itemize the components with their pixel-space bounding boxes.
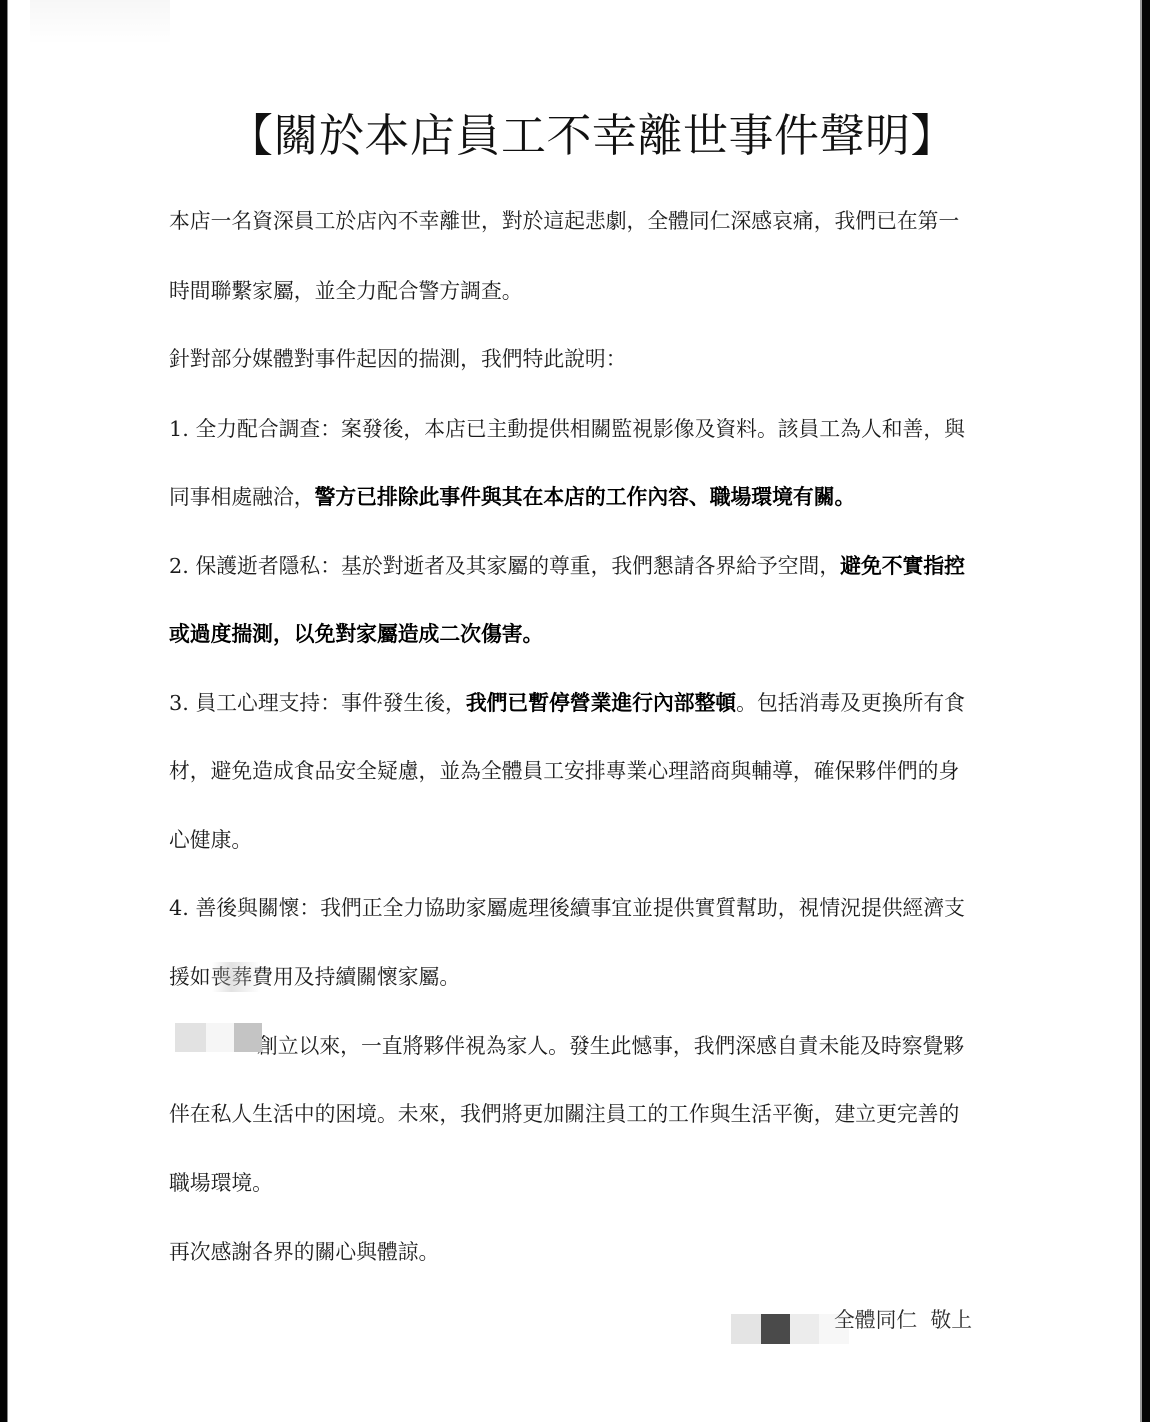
- body-text: 本店一名資深員工於店內不幸離世，對於這起悲劇，全體同仁深感哀痛，我們已在第一: [169, 209, 959, 233]
- text-line: 再次感謝各界的關心與體諒。: [169, 1239, 439, 1265]
- body-text: 。包括消毒及更換所有食: [736, 691, 965, 715]
- text-line: 伴在私人生活中的困境。未來，我們將更加關注員工的工作與生活平衡，建立更完善的: [169, 1101, 959, 1127]
- body-text: 2. 保護逝者隱私：基於對逝者及其家屬的尊重，我們懇請各界給予空間，: [169, 554, 840, 578]
- body-text: 職場環境。: [169, 1171, 273, 1195]
- scan-smudge: [30, 0, 170, 45]
- text-line: 或過度揣測，以免對家屬造成二次傷害。: [169, 621, 543, 647]
- text-line: 本店一名資深員工於店內不幸離世，對於這起悲劇，全體同仁深感哀痛，我們已在第一: [169, 208, 959, 234]
- body-text: 針對部分媒體對事件起因的揣測，我們特此說明：: [169, 347, 627, 371]
- right-frame-border: [1142, 0, 1150, 1422]
- store-name-redaction-1c: [234, 1023, 262, 1052]
- emphasized-text: 或過度揣測，以免對家屬造成二次傷害。: [169, 622, 543, 646]
- text-line: 材，避免造成食品安全疑慮，並為全體員工安排專業心理諮商與輔導，確保夥伴們的身: [169, 758, 959, 784]
- text-line: 同事相處融洽，警方已排除此事件與其在本店的工作內容、職場環境有關。: [169, 484, 855, 510]
- body-text: 4. 善後與關懷：我們正全力協助家屬處理後續事宜並提供實質幫助，視情況提供經濟支: [169, 896, 965, 920]
- body-text: 創立以來，一直將夥伴視為家人。發生此憾事，我們深感自責未能及時察覺夥: [257, 1034, 964, 1058]
- text-line: 針對部分媒體對事件起因的揣測，我們特此說明：: [169, 346, 627, 372]
- body-text: 時間聯繫家屬，並全力配合警方調查。: [169, 279, 523, 303]
- left-frame-border: [0, 0, 7, 1422]
- store-name-redaction-1a: [175, 1023, 206, 1052]
- text-line: 2. 保護逝者隱私：基於對逝者及其家屬的尊重，我們懇請各界給予空間，避免不實指控: [169, 553, 965, 579]
- emphasized-text: 我們已暫停營業進行內部整頓: [466, 691, 736, 715]
- store-name-redaction-2a: [731, 1314, 761, 1344]
- text-line: 職場環境。: [169, 1170, 273, 1196]
- body-text: 同事相處融洽，: [169, 485, 315, 509]
- document-title: 【關於本店員工不幸離世事件聲明】: [228, 108, 928, 164]
- signoff: 全體同仁 敬上: [834, 1307, 972, 1333]
- body-text: 1. 全力配合調查：案發後，本店已主動提供相關監視影像及資料。該員工為人和善，與: [169, 417, 965, 441]
- text-line: 時間聯繫家屬，並全力配合警方調查。: [169, 278, 523, 304]
- left-frame-edge: [7, 0, 8, 1422]
- text-line: 4. 善後與關懷：我們正全力協助家屬處理後續事宜並提供實質幫助，視情況提供經濟支: [169, 895, 965, 921]
- body-text: 再次感謝各界的關心與體諒。: [169, 1240, 439, 1264]
- emphasized-text: 警方已排除此事件與其在本店的工作內容、職場環境有關。: [315, 485, 856, 509]
- text-line: 1. 全力配合調查：案發後，本店已主動提供相關監視影像及資料。該員工為人和善，與: [169, 416, 965, 442]
- text-line: 3. 員工心理支持：事件發生後，我們已暫停營業進行內部整頓。包括消毒及更換所有食: [169, 690, 965, 716]
- body-text: 材，避免造成食品安全疑慮，並為全體員工安排專業心理諮商與輔導，確保夥伴們的身: [169, 759, 959, 783]
- store-name-redaction-2c: [790, 1314, 819, 1344]
- text-line: 創立以來，一直將夥伴視為家人。發生此憾事，我們深感自責未能及時察覺夥: [257, 1033, 964, 1059]
- text-line: 心健康。: [169, 827, 252, 853]
- body-text: 伴在私人生活中的困境。未來，我們將更加關注員工的工作與生活平衡，建立更完善的: [169, 1102, 959, 1126]
- emphasized-text: 避免不實指控: [840, 554, 965, 578]
- body-text: 3. 員工心理支持：事件發生後，: [169, 691, 466, 715]
- body-text: 心健康。: [169, 828, 252, 852]
- store-name-redaction-2b: [761, 1314, 790, 1344]
- store-name-redaction-1b: [206, 1023, 234, 1052]
- blur-patch: [212, 962, 260, 992]
